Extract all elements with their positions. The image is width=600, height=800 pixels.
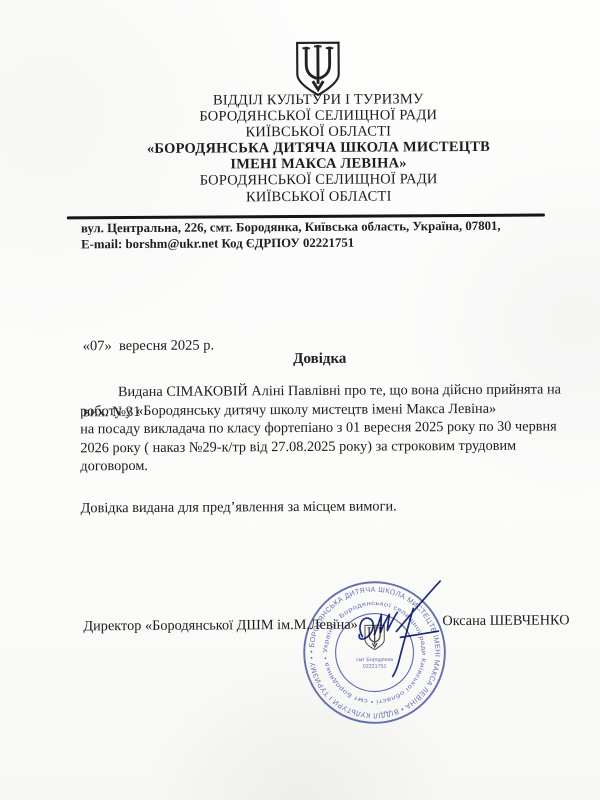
scanned-certificate-page: ВІДДІЛ КУЛЬТУРИ І ТУРИЗМУ БОРОДЯНСЬКОЇ С… bbox=[0, 0, 600, 800]
document-content: ВІДДІЛ КУЛЬТУРИ І ТУРИЗМУ БОРОДЯНСЬКОЇ С… bbox=[0, 0, 600, 800]
body-paragraph-2: Довідка видана для пред’явлення за місце… bbox=[81, 497, 563, 517]
signer-name: Оксана ШЕВЧЕНКО bbox=[442, 612, 569, 630]
email-edrpou-line: E-mail: borshm@ukr.net Код ЄДРПОУ 022217… bbox=[81, 234, 551, 252]
body-line: договором. bbox=[80, 455, 562, 477]
contact-block: вул. Центральна, 226, смт. Бородянка, Ки… bbox=[81, 218, 551, 252]
address-line: вул. Центральна, 226, смт. Бородянка, Ки… bbox=[81, 218, 551, 236]
letterhead: ВІДДІЛ КУЛЬТУРИ І ТУРИЗМУ БОРОДЯНСЬКОЇ С… bbox=[73, 90, 564, 206]
body-paragraph-1: Видана СІМАКОВІЙ Аліні Павлівні про те, … bbox=[80, 380, 563, 476]
body-line: Видана СІМАКОВІЙ Аліні Павлівні про те, … bbox=[80, 380, 562, 402]
handwritten-signature bbox=[349, 574, 450, 680]
body-line: 2026 року ( наказ №29-к/тр від 27.08.202… bbox=[80, 436, 562, 458]
document-title: Довідка bbox=[75, 349, 565, 369]
council-line-2: КИЇВСЬКОЇ ОБЛАСТІ bbox=[74, 187, 564, 206]
ukraine-tryzub-icon bbox=[291, 40, 345, 98]
